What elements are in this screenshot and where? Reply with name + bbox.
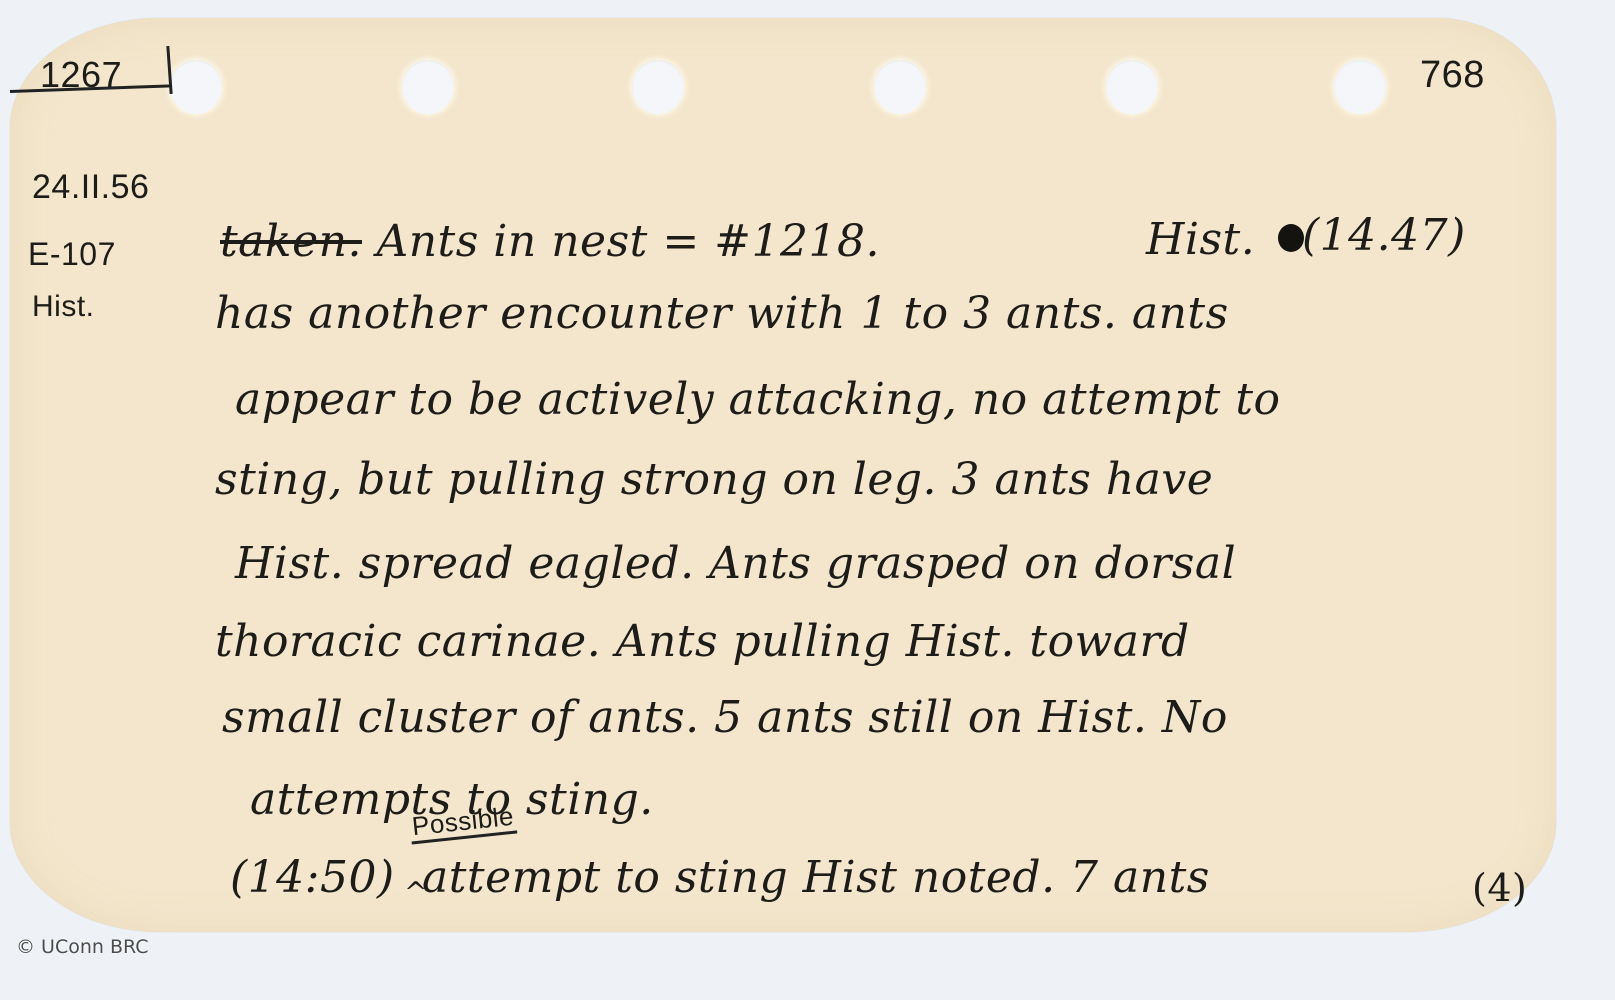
ink-blot: [1278, 224, 1304, 252]
punch-hole: [170, 60, 222, 114]
note-line-9-time: (14:50): [230, 852, 395, 903]
note-line-5: Hist. spread eagled. Ants grasped on dor…: [235, 538, 1236, 589]
punch-hole: [402, 60, 454, 114]
note-line-1: taken. Ants in nest = #1218.: [220, 216, 880, 267]
punch-hole: [1334, 60, 1386, 114]
note-line-6: thoracic carinae. Ants pulling Hist. tow…: [215, 616, 1190, 667]
inserted-word: Possible: [409, 803, 518, 845]
punch-hole: [632, 60, 684, 114]
note-line-7: small cluster of ants. 5 ants still on H…: [222, 692, 1228, 743]
margin-taxon: Hist.: [32, 290, 95, 324]
note-line-1-time: (14.47): [1302, 210, 1466, 261]
note-line-9: attempt to sting Hist noted. 7 ants: [422, 852, 1210, 903]
note-line-1-subject: Hist.: [1146, 214, 1255, 265]
copyright-watermark: © UConn BRC: [16, 936, 149, 958]
page-marker: (4): [1472, 866, 1527, 910]
punch-hole: [874, 60, 926, 114]
punch-hole: [1106, 60, 1158, 114]
note-line-3: appear to be actively attacking, no atte…: [235, 374, 1281, 425]
index-card: 1267 768 24.II.56 E-107 Hist. taken. Ant…: [10, 18, 1556, 932]
note-line-4: sting, but pulling strong on leg. 3 ants…: [215, 454, 1213, 505]
note-line-2: has another encounter with 1 to 3 ants. …: [215, 288, 1229, 339]
margin-date: 24.II.56: [32, 168, 149, 207]
nest-ref: Ants in nest = #1218.: [362, 216, 880, 267]
page-reference: 768: [1420, 54, 1485, 97]
struck-word: taken.: [220, 216, 362, 267]
margin-experiment-code: E-107: [28, 236, 116, 273]
